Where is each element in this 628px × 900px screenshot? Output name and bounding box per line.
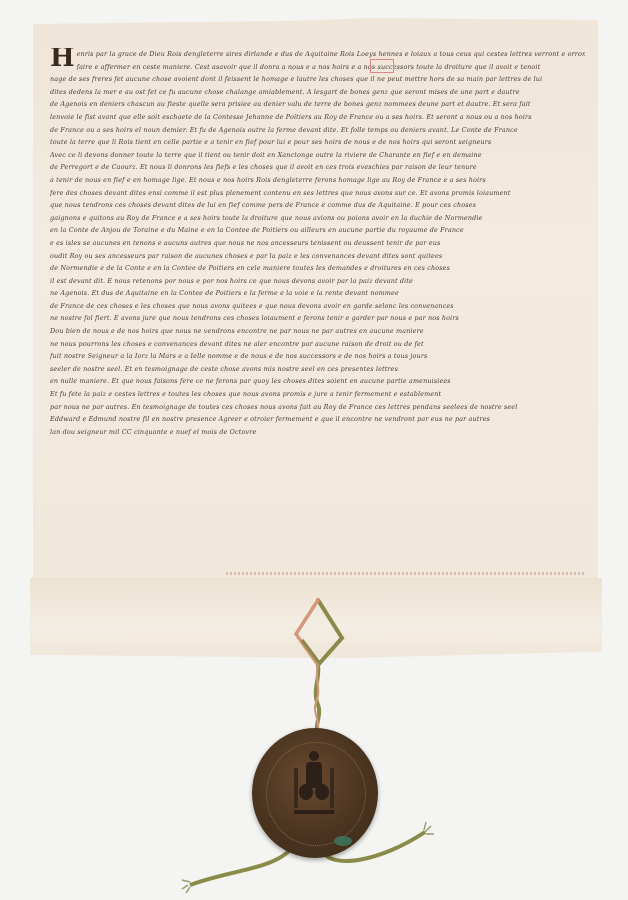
- wax-seal: [252, 728, 378, 858]
- enthroned-king-icon: [294, 748, 334, 818]
- seal-patina: [334, 836, 352, 846]
